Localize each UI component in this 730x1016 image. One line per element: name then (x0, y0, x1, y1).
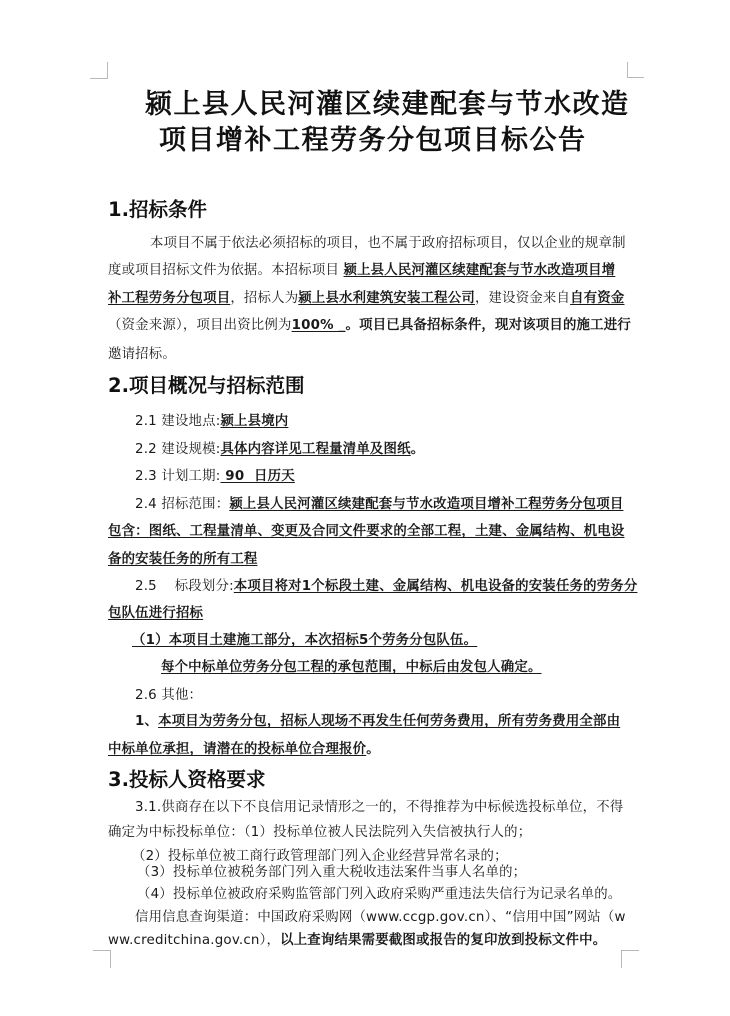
section3-heading: 3.投标人资格要求 (108, 764, 265, 792)
section1-para-line1: 本项目不属于依法必须招标的项目，也不属于政府招标项目，仅以企业的规章制 (150, 235, 626, 253)
text: ww.creditchina.gov.cn）， (108, 933, 280, 948)
funding-ratio: 100% _ (292, 318, 346, 333)
text: （资金来源），项目出资比例为 (108, 318, 292, 333)
section3-line6: 信用信息查询渠道：中国政府采购网（www.ccgp.gov.cn）、“信用中国”… (135, 909, 626, 927)
item-2-5-sub1: （1）本项目土建施工部分，本次招标5个劳务分包队伍。 (132, 632, 477, 650)
funding-source: 自有资金 (570, 291, 624, 306)
text: 。 (411, 442, 425, 457)
label: 2.1 建设地点: (135, 414, 220, 429)
item-2-5-sub2: 每个中标单位劳务分包工程的承包范围，中标后由发包人确定。 (161, 659, 542, 677)
text: 。项目已具备招标条件，现对该项目的施工进行 (346, 318, 631, 333)
item-2-4: 2.4 招标范围：颍上县人民河灌区续建配套与节水改造项目增补工程劳务分包项目 (135, 496, 623, 514)
section1-para-line3: 补工程劳务分包项目，招标人为颍上县水利建筑安装工程公司，建设资金来自自有资金 (108, 290, 624, 308)
section1-para-line4: （资金来源），项目出资比例为100% _。项目已具备招标条件，现对该项目的施工进… (108, 317, 631, 335)
document-title-line1: 颍上县人民河灌区续建配套与节水改造 (145, 82, 630, 121)
text: 。 (366, 742, 380, 757)
item-2-6-line1: 1、本项目为劳务分包，招标人现场不再发生任何劳务费用，所有劳务费用全部由 (135, 713, 620, 731)
item-2-4-line2: 包含：图纸、工程量清单、变更及合同文件要求的全部工程，土建、金属结构、机电设 (108, 523, 624, 541)
label: 2.3 计划工期: (135, 469, 220, 484)
text: 度或项目招标文件为依据。本招标项目 (108, 263, 344, 278)
section3-line2: 确定为中标投标单位：（1）投标单位被人民法院列入失信被执行人的； (108, 824, 531, 842)
label: 2.5 标段划分: (135, 579, 234, 594)
item-2-6-line2: 中标单位承担，请潜在的投标单位合理报价。 (108, 741, 380, 759)
section3-line4: （3）投标单位被税务部门列入重大税收违法案件当事人名单的； (137, 864, 526, 882)
number: 1、 (135, 714, 158, 729)
label: 2.2 建设规模: (135, 442, 220, 457)
value: 具体内容详见工程量清单及图纸 (220, 442, 410, 457)
item-2-5-line2: 包队伍进行招标 (108, 605, 203, 623)
section3-line5: （4）投标单位被政府采购监管部门列入政府采购严重违法失信行为记录名单的。 (137, 886, 621, 904)
item-2-6: 2.6 其他： (135, 687, 202, 705)
section2-heading: 2.项目概况与招标范围 (108, 370, 304, 398)
crop-mark-top-left (90, 62, 108, 79)
value: 90 日历天 (220, 469, 294, 484)
tenderer-name: 颍上县水利建筑安装工程公司 (298, 291, 475, 306)
crop-mark-top-right (627, 62, 644, 78)
item-2-3: 2.3 计划工期: 90 日历天 (135, 468, 295, 486)
section1-para-line2: 度或项目招标文件为依据。本招标项目 颍上县人民河灌区续建配套与节水改造项目增 (108, 262, 615, 280)
text: ，建设资金来自 (475, 291, 570, 306)
value: 颍上县境内 (220, 414, 288, 429)
section1-para-line5: 邀请招标。 (108, 346, 176, 364)
text-bold: 以上查询结果需要截图或报告的复印放到投标文件中。 (280, 933, 606, 948)
project-name-cont: 补工程劳务分包项目 (108, 291, 230, 306)
value: 中标单位承担，请潜在的投标单位合理报价 (108, 742, 366, 757)
value: 颍上县人民河灌区续建配套与节水改造项目增补工程劳务分包项目 (229, 497, 623, 512)
section3-line1: 3.1.供商存在以下不良信用记录情形之一的，不得推荐为中标候选投标单位，不得 (135, 799, 623, 817)
crop-mark-bottom-left (93, 950, 111, 968)
document-page: 颍上县人民河灌区续建配套与节水改造 项目增补工程劳务分包项目标公告 1.招标条件… (0, 0, 730, 1016)
item-2-2: 2.2 建设规模:具体内容详见工程量清单及图纸。 (135, 441, 424, 459)
item-2-5: 2.5 标段划分:本项目将对1个标段土建、金属结构、机电设备的安装任务的劳务分 (135, 578, 637, 596)
label: 2.4 招标范围： (135, 497, 229, 512)
document-title-line2: 项目增补工程劳务分包项目标公告 (159, 118, 587, 157)
project-name: 颍上县人民河灌区续建配套与节水改造项目增 (344, 263, 616, 278)
section1-heading: 1.招标条件 (108, 194, 207, 222)
crop-mark-bottom-right (621, 950, 639, 968)
value: 本项目将对1个标段土建、金属结构、机电设备的安装任务的劳务分 (234, 579, 638, 594)
item-2-4-line3: 备的安装任务的所有工程 (108, 551, 258, 569)
item-2-1: 2.1 建设地点:颍上县境内 (135, 413, 288, 431)
section3-line7: ww.creditchina.gov.cn），以上查询结果需要截图或报告的复印放… (108, 932, 606, 950)
value: 本项目为劳务分包，招标人现场不再发生任何劳务费用，所有劳务费用全部由 (158, 714, 620, 729)
text: ，招标人为 (230, 291, 298, 306)
